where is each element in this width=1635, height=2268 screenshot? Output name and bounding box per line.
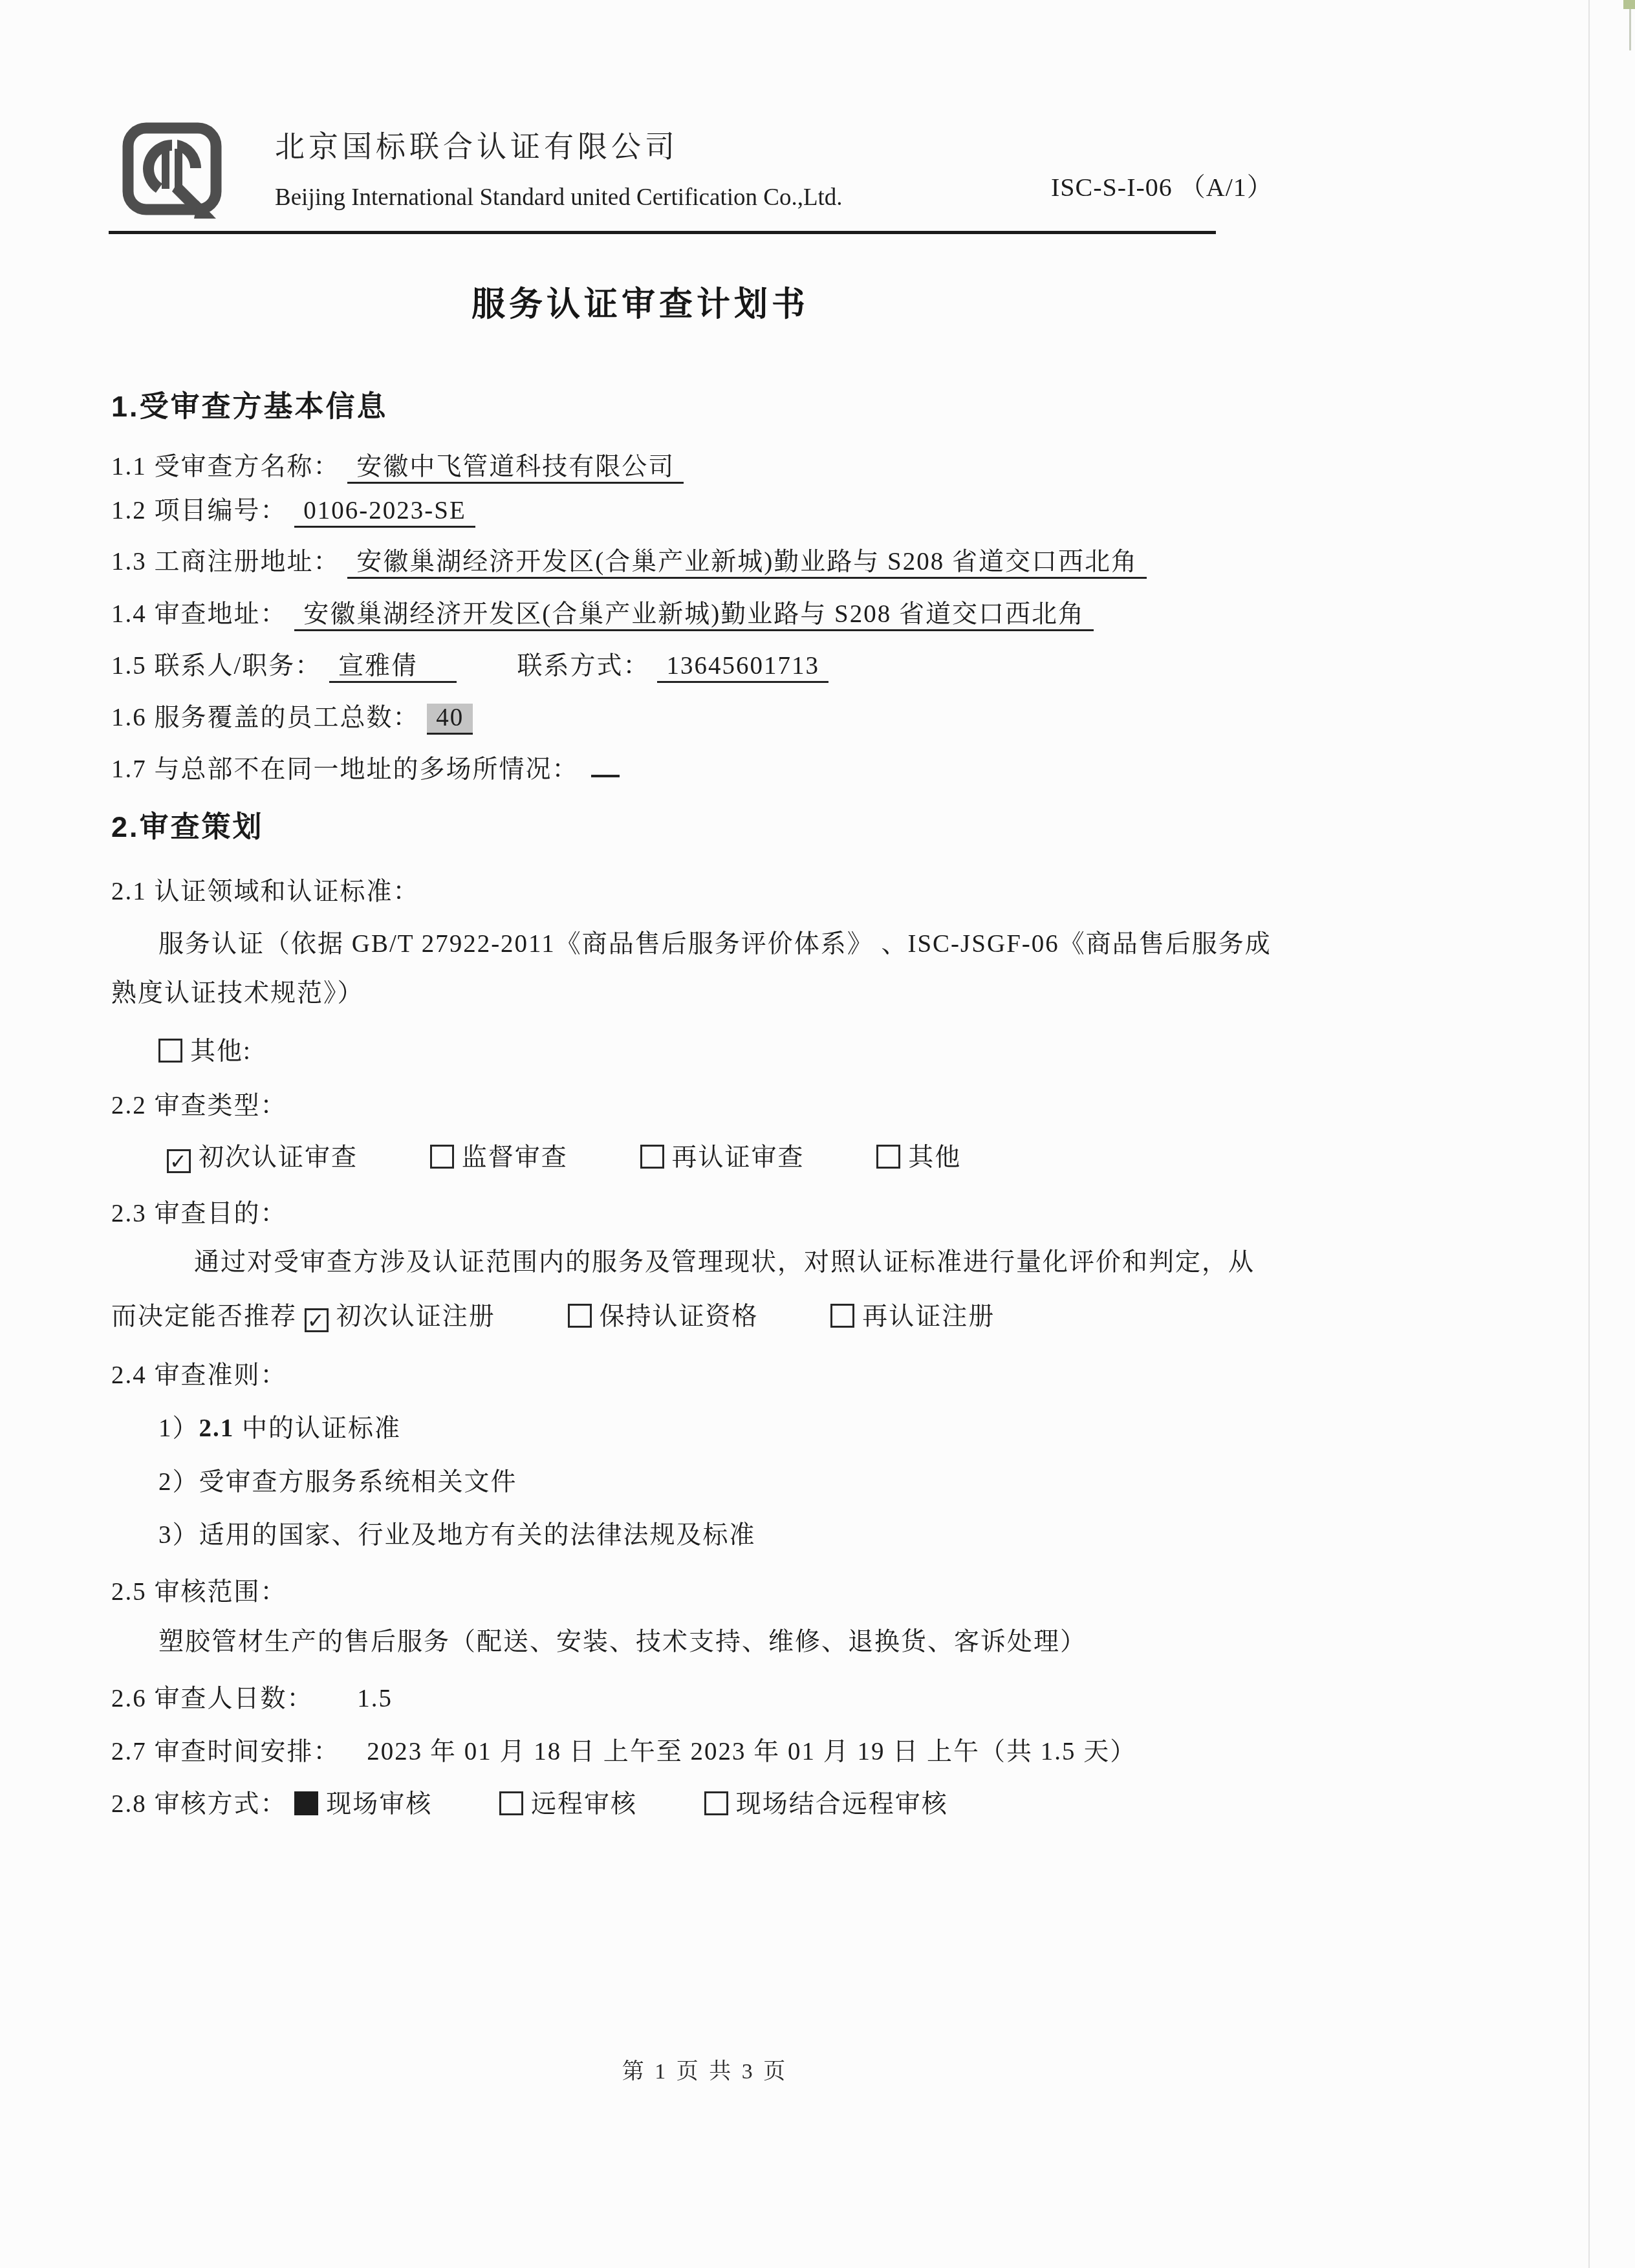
- field-audit-scope-label: 2.5 审核范围：: [111, 1577, 287, 1608]
- field-auditee-name: 1.1 受审查方名称： 安徽中飞管道科技有限公司: [111, 451, 684, 483]
- scan-edge-artifact-2: [1629, 9, 1631, 50]
- field-multisite: 1.7 与总部不在同一地址的多场所情况：: [111, 754, 620, 786]
- option-maintain-cert: 保持认证资格: [568, 1302, 759, 1330]
- field-cert-scope-label: 2.1 认证领域和认证标准：: [111, 876, 420, 908]
- contact-method-label: 联系方式：: [517, 652, 650, 680]
- field-label: 1.6 服务覆盖的员工总数：: [111, 704, 420, 731]
- field-label: 2.7 审查时间安排：: [111, 1738, 340, 1766]
- option-onsite-audit: 现场审核: [294, 1790, 432, 1818]
- company-name-en: Beijing International Standard united Ce…: [275, 184, 843, 211]
- option-initial-audit: ✓初次认证审查: [167, 1143, 358, 1171]
- field-value: 安徽中飞管道科技有限公司: [347, 453, 684, 484]
- schedule-value: 2023 年 01 月 18 日 上午至 2023 年 01 月 19 日 上午…: [367, 1738, 1136, 1766]
- checkbox-filled-icon: [294, 1791, 318, 1815]
- scanned-document-page: 北京国标联合认证有限公司 Beijing International Stand…: [0, 0, 1635, 2268]
- field-audit-criteria-label: 2.4 审查准则：: [111, 1360, 287, 1392]
- company-name-cn: 北京国标联合认证有限公司: [275, 123, 678, 166]
- section-2-heading: 2.审查策划: [111, 803, 264, 845]
- option-other-audit: 其他: [876, 1143, 961, 1171]
- option-label: 其他:: [190, 1037, 252, 1065]
- audit-scope-text: 塑胶管材生产的售后服务（配送、安装、技术支持、维修、退换货、客诉处理）: [158, 1626, 1087, 1658]
- scan-crease-line: [1588, 0, 1590, 2268]
- criteria-item-2: 2）受审查方服务系统相关文件: [158, 1467, 517, 1498]
- option-recert-registration: 再认证注册: [830, 1302, 995, 1330]
- criteria-item-3: 3）适用的国家、行业及地方有关的法律法规及标准: [158, 1520, 756, 1551]
- cert-standard-line1: 服务认证（依据 GB/T 27922-2011《商品售后服务评价体系》 、ISC…: [158, 929, 1272, 960]
- field-label: 1.5 联系人/职务：: [111, 652, 321, 680]
- field-label: 2.8 审核方式：: [111, 1790, 287, 1818]
- field-label: 1.2 项目编号：: [111, 497, 287, 524]
- field-registered-address: 1.3 工商注册地址： 安徽巢湖经济开发区(合巢产业新城)勤业路与 S208 省…: [111, 546, 1147, 578]
- audit-purpose-line1: 通过对受审查方涉及认证范围内的服务及管理现状，对照认证标准进行量化评价和判定，从: [194, 1247, 1255, 1279]
- certification-logo-icon: [122, 122, 222, 221]
- option-remote-audit: 远程审核: [499, 1790, 637, 1818]
- checkbox-checked-icon: ✓: [305, 1308, 329, 1332]
- field-label: 1.3 工商注册地址：: [111, 548, 340, 576]
- option-initial-registration: ✓初次认证注册: [305, 1302, 495, 1330]
- field-value: 安徽巢湖经济开发区(合巢产业新城)勤业路与 S208 省道交口西北角: [347, 548, 1147, 579]
- checkbox-unchecked-icon: [640, 1145, 664, 1169]
- page-number: 第 1 页 共 3 页: [556, 2053, 854, 2085]
- field-man-days: 2.6 审查人日数： 1.5: [111, 1683, 393, 1715]
- field-label: 1.4 审查地址：: [111, 600, 287, 628]
- document-title: 服务认证审查计划书: [427, 277, 854, 325]
- field-audit-schedule: 2.7 审查时间安排： 2023 年 01 月 18 日 上午至 2023 年 …: [111, 1736, 1136, 1768]
- checkbox-unchecked-icon: [499, 1791, 523, 1815]
- checkbox-checked-icon: ✓: [167, 1149, 191, 1173]
- field-audit-method: 2.8 审核方式： 现场审核 远程审核 现场结合远程审核: [111, 1789, 948, 1820]
- field-audit-type-label: 2.2 审查类型：: [111, 1090, 287, 1122]
- field-label: 1.1 受审查方名称：: [111, 453, 340, 481]
- header-divider: [109, 231, 1216, 234]
- checkbox-unchecked-icon: [568, 1304, 592, 1328]
- criteria-item-1: 1）2.1 中的认证标准: [158, 1413, 401, 1445]
- checkbox-unchecked-icon: [830, 1304, 854, 1328]
- blank-underline: [591, 755, 620, 777]
- field-value: 0106-2023-SE: [294, 497, 475, 528]
- checkbox-unchecked-icon: [430, 1145, 454, 1169]
- field-value: 安徽巢湖经济开发区(合巢产业新城)勤业路与 S208 省道交口西北角: [294, 600, 1094, 631]
- option-recert-audit: 再认证审查: [640, 1143, 805, 1171]
- option-surveillance-audit: 监督审查: [430, 1143, 568, 1171]
- contact-phone-value: 13645601713: [657, 652, 828, 683]
- field-contact: 1.5 联系人/职务： 宣雅倩 联系方式： 13645601713: [111, 651, 828, 682]
- checkbox-unchecked-icon: [158, 1039, 182, 1063]
- contact-name-value: 宣雅倩: [329, 652, 457, 683]
- audit-type-options: ✓初次认证审查 监督审查 再认证审查 其他: [167, 1142, 961, 1174]
- scan-edge-artifact: [1623, 0, 1635, 9]
- cert-standard-line2: 熟度认证技术规范》）: [111, 978, 364, 1010]
- checkbox-unchecked-icon: [704, 1791, 728, 1815]
- checkbox-unchecked-icon: [876, 1145, 900, 1169]
- field-label: 1.7 与总部不在同一地址的多场所情况：: [111, 755, 579, 783]
- field-employee-count: 1.6 服务覆盖的员工总数： 40: [111, 702, 473, 734]
- audit-purpose-line2: 而决定能否推荐 ✓初次认证注册 保持认证资格 再认证注册: [111, 1301, 995, 1333]
- man-days-value: 1.5: [357, 1685, 393, 1712]
- employee-count-value: 40: [427, 704, 473, 735]
- cert-standard-other-option: 其他:: [158, 1036, 252, 1068]
- field-project-number: 1.2 项目编号： 0106-2023-SE: [111, 495, 475, 527]
- field-audit-purpose-label: 2.3 审查目的：: [111, 1198, 287, 1230]
- option-combined-audit: 现场结合远程审核: [704, 1790, 948, 1818]
- purpose-prefix: 而决定能否推荐: [111, 1302, 305, 1330]
- field-audit-address: 1.4 审查地址： 安徽巢湖经济开发区(合巢产业新城)勤业路与 S208 省道交…: [111, 599, 1094, 631]
- document-code: ISC-S-I-06 （A/1）: [1051, 167, 1273, 204]
- field-label: 2.6 审查人日数：: [111, 1685, 314, 1712]
- section-1-heading: 1.受审查方基本信息: [111, 383, 388, 425]
